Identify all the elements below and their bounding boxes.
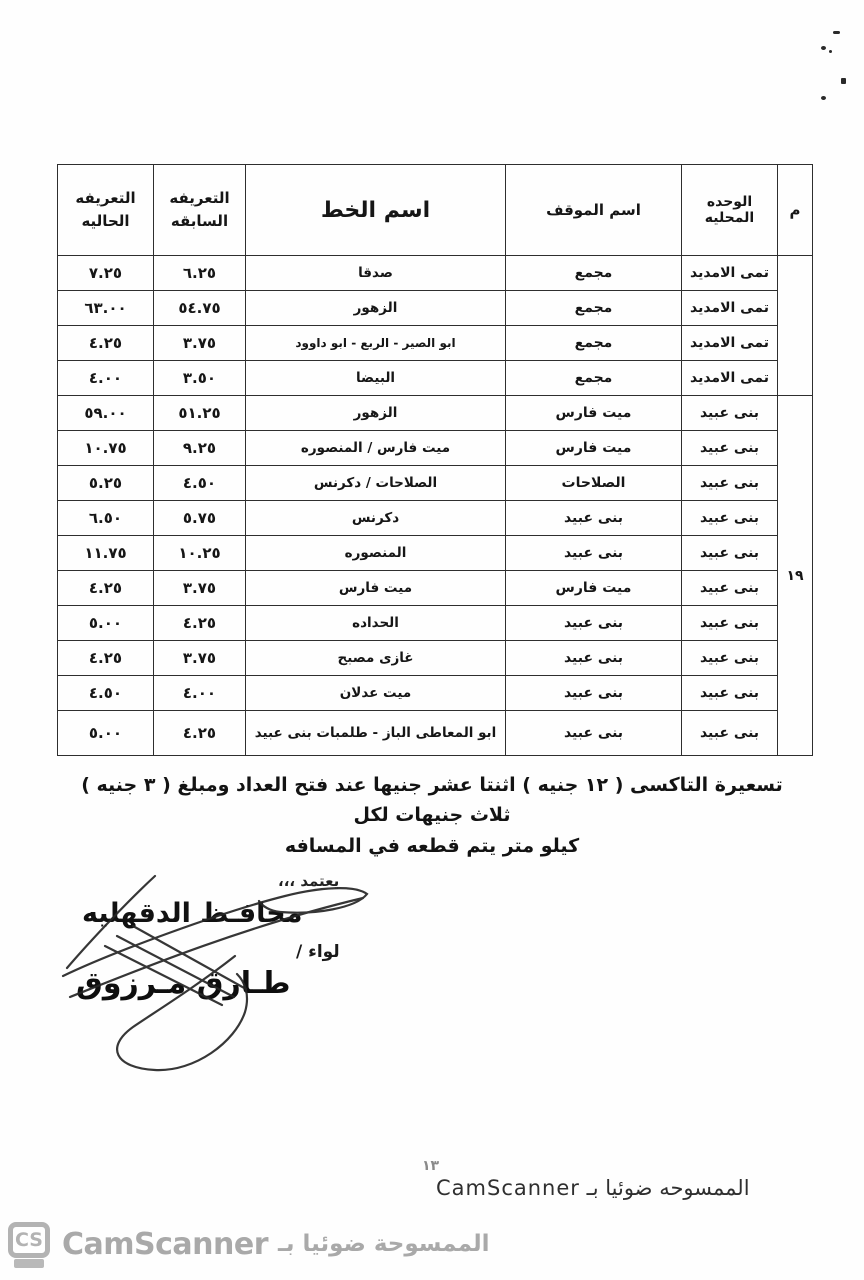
table-row: بنى عبيد بنى عبيد المنصوره ١٠.٢٥ ١١.٧٥ bbox=[58, 536, 813, 571]
cell-station: مجمع bbox=[506, 256, 682, 291]
cell-curr-tariff: ٧.٢٥ bbox=[58, 256, 154, 291]
cell-prev-tariff: ٤.٥٠ bbox=[154, 466, 246, 501]
table-row: تمى الامديد مجمع الزهور ٥٤.٧٥ ٦٣.٠٠ bbox=[58, 291, 813, 326]
table-row: تمى الامديد مجمع البيضا ٣.٥٠ ٤.٠٠ bbox=[58, 361, 813, 396]
cell-line: صدقا bbox=[246, 256, 506, 291]
cell-station: ميت فارس bbox=[506, 571, 682, 606]
cell-prev-tariff: ٤.٢٥ bbox=[154, 711, 246, 756]
cell-line: ابو الصير - الربع - ابو داوود bbox=[246, 326, 506, 361]
cell-station: ميت فارس bbox=[506, 431, 682, 466]
scan-speck bbox=[833, 31, 840, 34]
cell-station: بنى عبيد bbox=[506, 711, 682, 756]
cell-local-unit: بنى عبيد bbox=[682, 571, 778, 606]
cell-station: مجمع bbox=[506, 291, 682, 326]
cell-prev-tariff: ٥٤.٧٥ bbox=[154, 291, 246, 326]
header-local-unit: الوحده المحليه bbox=[682, 165, 778, 256]
cell-prev-tariff: ٥١.٢٥ bbox=[154, 396, 246, 431]
cell-curr-tariff: ٤.٢٥ bbox=[58, 326, 154, 361]
cell-curr-tariff: ٤.٢٥ bbox=[58, 641, 154, 676]
cell-line: المنصوره bbox=[246, 536, 506, 571]
table-row: بنى عبيد ميت فارس ميت فارس ٣.٧٥ ٤.٢٥ bbox=[58, 571, 813, 606]
cell-curr-tariff: ٤.٢٥ bbox=[58, 571, 154, 606]
camscanner-brand-text: CamScanner bbox=[62, 1227, 268, 1262]
cell-local-unit: بنى عبيد bbox=[682, 641, 778, 676]
cell-curr-tariff: ٦٣.٠٠ bbox=[58, 291, 154, 326]
cell-line: الصلاحات / دكرنس bbox=[246, 466, 506, 501]
cell-local-unit: بنى عبيد bbox=[682, 536, 778, 571]
table-row: بنى عبيد بنى عبيد غازى مصبح ٣.٧٥ ٤.٢٥ bbox=[58, 641, 813, 676]
cell-curr-tariff: ١١.٧٥ bbox=[58, 536, 154, 571]
cell-line: غازى مصبح bbox=[246, 641, 506, 676]
scan-speck bbox=[841, 78, 846, 84]
tariff-table: م الوحده المحليه اسم الموقف اسم الخط الت… bbox=[57, 164, 813, 756]
table-row: بنى عبيد بنى عبيد ميت عدلان ٤.٠٠ ٤.٥٠ bbox=[58, 676, 813, 711]
cell-line: البيضا bbox=[246, 361, 506, 396]
header-current-tariff-line1: التعريفه bbox=[61, 187, 150, 210]
cell-prev-tariff: ١٠.٢٥ bbox=[154, 536, 246, 571]
cell-station: مجمع bbox=[506, 361, 682, 396]
camscanner-arabic-label: الممسوحة ضوئيا بـ bbox=[278, 1231, 490, 1257]
table-row: بنى عبيد ميت فارس ميت فارس / المنصوره ٩.… bbox=[58, 431, 813, 466]
handwritten-signature bbox=[45, 856, 375, 1081]
cell-line: ميت فارس / المنصوره bbox=[246, 431, 506, 466]
tariff-note-line1: تسعيرة التاكسى ( ١٢ جنيه ) اثنتا عشر جني… bbox=[70, 770, 794, 831]
cell-prev-tariff: ٣.٥٠ bbox=[154, 361, 246, 396]
cell-local-unit: بنى عبيد bbox=[682, 396, 778, 431]
cell-prev-tariff: ٩.٢٥ bbox=[154, 431, 246, 466]
camscanner-logo-tab bbox=[14, 1259, 44, 1268]
header-line-name: اسم الخط bbox=[246, 165, 506, 256]
cell-line: ميت فارس bbox=[246, 571, 506, 606]
cell-prev-tariff: ٣.٧٥ bbox=[154, 571, 246, 606]
table-row: بنى عبيد بنى عبيد دكرنس ٥.٧٥ ٦.٥٠ bbox=[58, 501, 813, 536]
camscanner-logo-icon: CS bbox=[6, 1220, 52, 1268]
cell-station: مجمع bbox=[506, 326, 682, 361]
table-row: بنى عبيد بنى عبيد الحداده ٤.٢٥ ٥.٠٠ bbox=[58, 606, 813, 641]
table-row: تمى الامديد مجمع ابو الصير - الربع - ابو… bbox=[58, 326, 813, 361]
cell-station: بنى عبيد bbox=[506, 641, 682, 676]
header-current-tariff: التعريفه الحاليه bbox=[58, 165, 154, 256]
cell-line: ميت عدلان bbox=[246, 676, 506, 711]
cell-station: بنى عبيد bbox=[506, 676, 682, 711]
camscanner-logo-text: CS bbox=[8, 1222, 50, 1258]
tariff-note: تسعيرة التاكسى ( ١٢ جنيه ) اثنتا عشر جني… bbox=[70, 770, 794, 861]
header-station-name: اسم الموقف bbox=[506, 165, 682, 256]
scan-speck bbox=[829, 50, 832, 53]
cell-curr-tariff: ٥.٠٠ bbox=[58, 711, 154, 756]
header-previous-tariff: التعريفه السابقه bbox=[154, 165, 246, 256]
cell-local-unit: بنى عبيد bbox=[682, 676, 778, 711]
table-row: بنى عبيد الصلاحات الصلاحات / دكرنس ٤.٥٠ … bbox=[58, 466, 813, 501]
cell-station: بنى عبيد bbox=[506, 606, 682, 641]
cell-curr-tariff: ١٠.٧٥ bbox=[58, 431, 154, 466]
cell-station: الصلاحات bbox=[506, 466, 682, 501]
cell-curr-tariff: ٤.٥٠ bbox=[58, 676, 154, 711]
cell-line: الزهور bbox=[246, 396, 506, 431]
cell-station: ميت فارس bbox=[506, 396, 682, 431]
header-current-tariff-line2: الحاليه bbox=[61, 210, 150, 233]
cell-line: الحداده bbox=[246, 606, 506, 641]
serial-group1-cell bbox=[778, 256, 813, 396]
cell-curr-tariff: ٥٩.٠٠ bbox=[58, 396, 154, 431]
cell-local-unit: تمى الامديد bbox=[682, 291, 778, 326]
cell-line: دكرنس bbox=[246, 501, 506, 536]
scan-speck bbox=[821, 46, 826, 50]
cell-local-unit: بنى عبيد bbox=[682, 466, 778, 501]
cell-prev-tariff: ٣.٧٥ bbox=[154, 326, 246, 361]
camscanner-watermark-bar: CS CamScanner الممسوحة ضوئيا بـ bbox=[6, 1220, 490, 1268]
cell-prev-tariff: ٦.٢٥ bbox=[154, 256, 246, 291]
cell-local-unit: تمى الامديد bbox=[682, 326, 778, 361]
cell-local-unit: بنى عبيد bbox=[682, 711, 778, 756]
cell-station: بنى عبيد bbox=[506, 536, 682, 571]
table-row: ١٩ بنى عبيد ميت فارس الزهور ٥١.٢٥ ٥٩.٠٠ bbox=[58, 396, 813, 431]
cell-local-unit: تمى الامديد bbox=[682, 256, 778, 291]
cell-local-unit: بنى عبيد bbox=[682, 431, 778, 466]
cell-prev-tariff: ٤.٢٥ bbox=[154, 606, 246, 641]
header-previous-tariff-line1: التعريفه bbox=[157, 187, 242, 210]
table-row: بنى عبيد بنى عبيد ابو المعاطى الباز - طل… bbox=[58, 711, 813, 756]
cell-line: الزهور bbox=[246, 291, 506, 326]
header-serial: م bbox=[778, 165, 813, 256]
cell-station: بنى عبيد bbox=[506, 501, 682, 536]
handwritten-scan-note: الممسوحه ضوئيا بـ CamScanner bbox=[436, 1176, 856, 1200]
table-row: تمى الامديد مجمع صدقا ٦.٢٥ ٧.٢٥ bbox=[58, 256, 813, 291]
cell-curr-tariff: ٤.٠٠ bbox=[58, 361, 154, 396]
header-previous-tariff-line2: السابقه bbox=[157, 210, 242, 233]
serial-group2-cell: ١٩ bbox=[778, 396, 813, 756]
cell-local-unit: بنى عبيد bbox=[682, 501, 778, 536]
cell-prev-tariff: ٣.٧٥ bbox=[154, 641, 246, 676]
cell-prev-tariff: ٥.٧٥ bbox=[154, 501, 246, 536]
cell-curr-tariff: ٥.٢٥ bbox=[58, 466, 154, 501]
cell-local-unit: بنى عبيد bbox=[682, 606, 778, 641]
cell-curr-tariff: ٦.٥٠ bbox=[58, 501, 154, 536]
scan-speck bbox=[821, 96, 826, 100]
scanned-document-page: م الوحده المحليه اسم الموقف اسم الخط الت… bbox=[0, 0, 864, 1280]
cell-prev-tariff: ٤.٠٠ bbox=[154, 676, 246, 711]
cell-line: ابو المعاطى الباز - طلمبات بنى عبيد bbox=[246, 711, 506, 756]
page-number: ١٣ bbox=[422, 1158, 439, 1174]
cell-curr-tariff: ٥.٠٠ bbox=[58, 606, 154, 641]
table-header-row: م الوحده المحليه اسم الموقف اسم الخط الت… bbox=[58, 165, 813, 256]
cell-local-unit: تمى الامديد bbox=[682, 361, 778, 396]
